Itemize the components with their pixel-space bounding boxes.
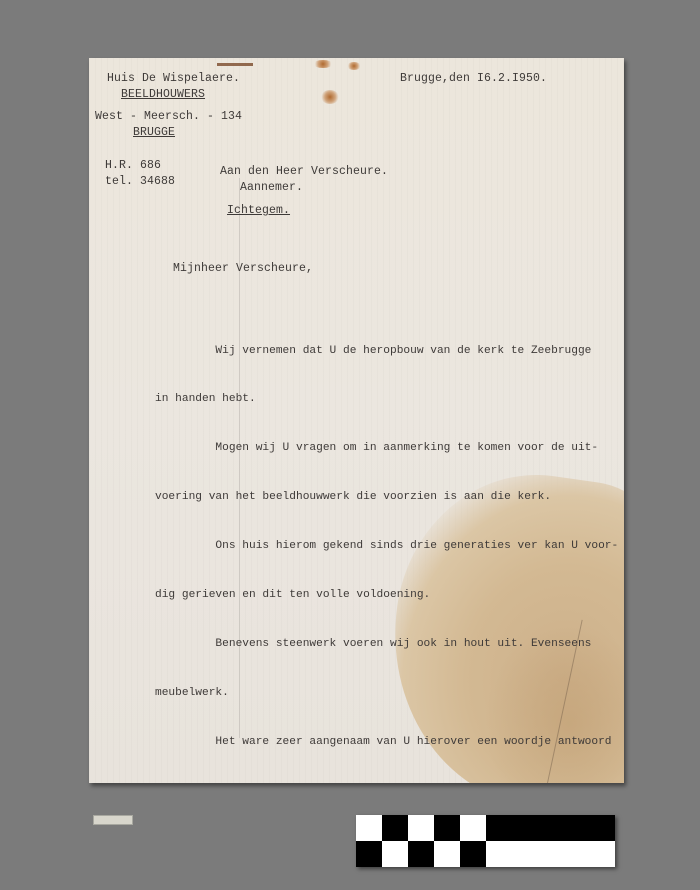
rust-spot [313,60,333,68]
calibration-cell [486,841,615,867]
color-calibration-bar [356,815,615,867]
body-line: Wij vernemen dat U de heropbouw van de k… [155,343,615,359]
body-line: Het ware zeer aangenaam van U hierover e… [155,734,615,750]
date-line: Brugge,den I6.2.I950. [400,71,547,87]
calibration-cell [486,815,615,841]
letterhead-city: BRUGGE [133,125,175,141]
letter-body: Wij vernemen dat U de heropbouw van de k… [155,310,615,783]
rust-spot [347,62,361,70]
letterhead-trade: BEELDHOUWERS [121,87,205,103]
body-line: meubelwerk. [155,685,615,701]
calibration-cell [434,815,460,841]
calibration-cell [460,841,486,867]
letter-page: Huis De Wispelaere. BEELDHOUWERS West - … [89,58,624,783]
calibration-cell [460,815,486,841]
letterhead-street: West - Meersch. [95,109,200,125]
recipient-name: Aan den Heer Verscheure. [220,164,388,180]
rust-spot [321,90,339,104]
body-line: Benevens steenwerk voeren wij ook in hou… [155,636,615,652]
recipient-role: Aannemer. [240,180,303,196]
calibration-cell [356,841,382,867]
calibration-cell [382,841,408,867]
calibration-cell [408,815,434,841]
body-line: in handen hebt. [155,391,615,407]
body-line: Ons huis hierom gekend sinds drie genera… [155,538,615,554]
salutation: Mijnheer Verscheure, [173,261,313,277]
letterhead-company: Huis De Wispelaere. [107,71,240,87]
letterhead-phone: tel. 34688 [105,174,175,190]
letterhead-registry: H.R. 686 [105,158,161,174]
calibration-cell [356,815,382,841]
calibration-cell [434,841,460,867]
letterhead-number: - 134 [207,109,242,125]
calibration-cell [408,841,434,867]
archive-label-strip [93,815,133,825]
staple-mark [217,63,253,66]
body-line: dig gerieven en dit ten volle voldoening… [155,587,615,603]
recipient-place: Ichtegem. [227,203,290,219]
body-line: Mogen wij U vragen om in aanmerking te k… [155,440,615,456]
calibration-cell [382,815,408,841]
body-line: voering van het beeldhouwwerk die voorzi… [155,489,615,505]
